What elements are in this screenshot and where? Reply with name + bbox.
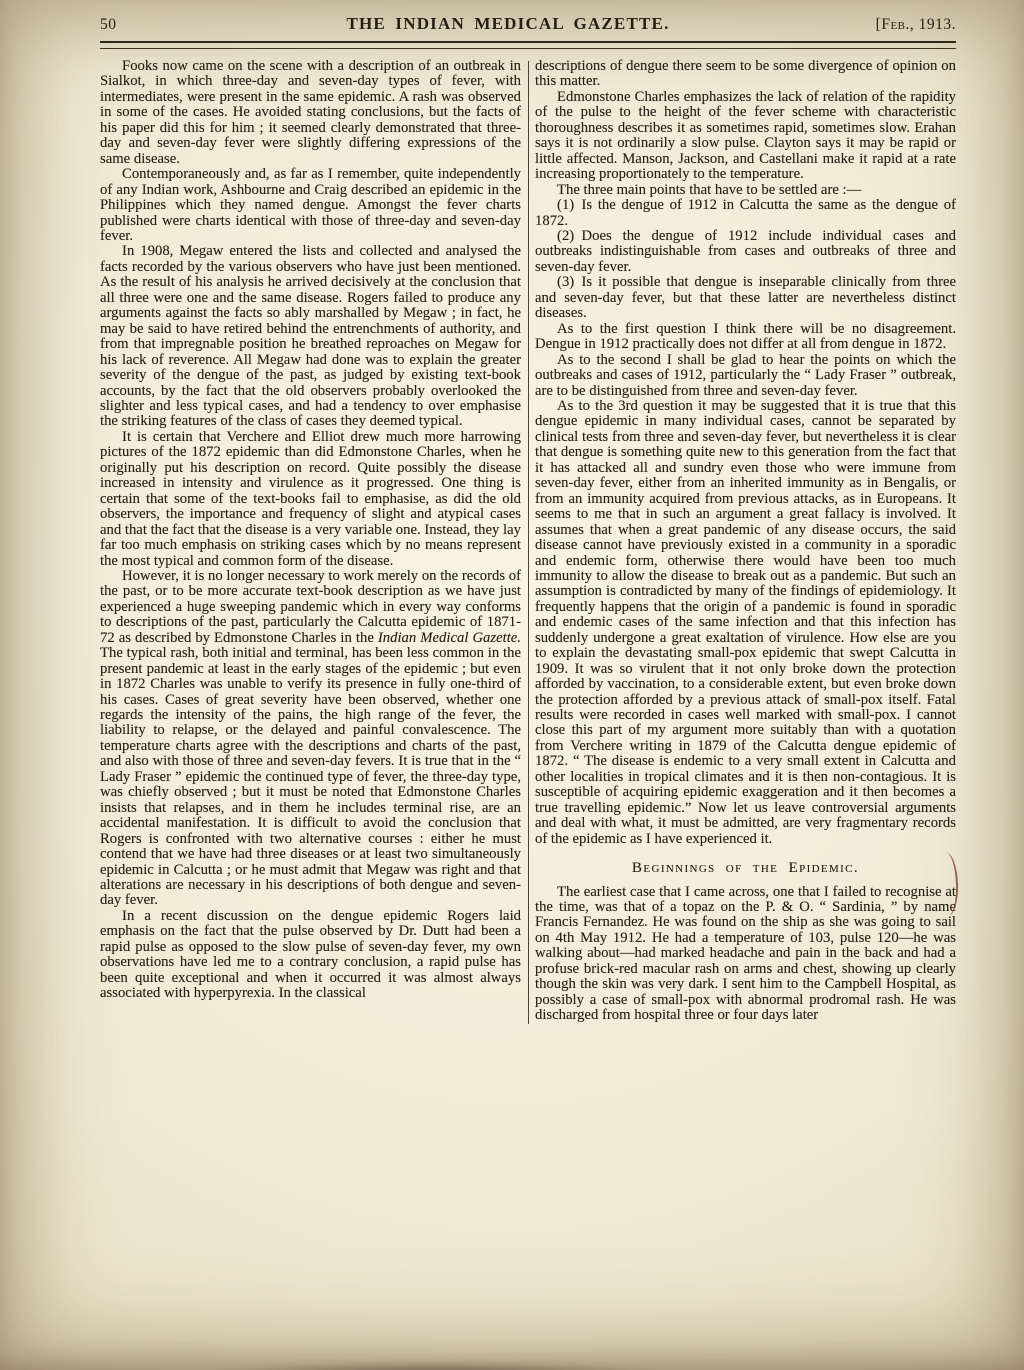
scanned-page: { "colors": { "paper": "#ece4cc", "ink":…: [0, 0, 1024, 1370]
paragraph: (1) Is the dengue of 1912 in Calcutta th…: [535, 198, 956, 229]
issue-date: [Feb., 1913.: [826, 16, 956, 34]
page-number: 50: [100, 16, 190, 34]
right-column: descriptions of dengue there seem to be …: [535, 59, 956, 1024]
paragraph: Contemporaneously and, as far as I remem…: [100, 167, 521, 244]
column-divider-rule: [528, 61, 529, 1024]
section-heading: Beginnings of the Epidemic.: [535, 860, 956, 875]
header-double-rule: [100, 41, 956, 49]
margin-pen-mark: [943, 852, 959, 916]
paragraph: As to the 3rd question it may be suggest…: [535, 399, 956, 847]
text-columns: Fooks now came on the scene with a descr…: [100, 59, 956, 1024]
paragraph: As to the first question I think there w…: [535, 322, 956, 353]
paragraph: As to the second I shall be glad to hear…: [535, 353, 956, 399]
paragraph: Fooks now came on the scene with a descr…: [100, 59, 521, 167]
journal-title: THE INDIAN MEDICAL GAZETTE.: [190, 14, 826, 34]
masthead: 50 THE INDIAN MEDICAL GAZETTE. [Feb., 19…: [100, 14, 956, 34]
paragraph: (3) Is it possible that dengue is insepa…: [535, 275, 956, 321]
page-body: 50 THE INDIAN MEDICAL GAZETTE. [Feb., 19…: [100, 14, 956, 1024]
paragraph: Edmonstone Charles emphasizes the lack o…: [535, 90, 956, 183]
paragraph: descriptions of dengue there seem to be …: [535, 59, 956, 90]
paragraph: The three main points that have to be se…: [535, 183, 956, 198]
paragraph: It is certain that Verchere and Elliot d…: [100, 430, 521, 569]
left-column: Fooks now came on the scene with a descr…: [100, 59, 521, 1024]
paragraph: (2) Does the dengue of 1912 include indi…: [535, 229, 956, 275]
paragraph: In 1908, Megaw entered the lists and col…: [100, 244, 521, 429]
bottom-edge-smudge: [110, 1354, 770, 1370]
italic-journal-reference: Indian Medical Gazette.: [378, 630, 521, 646]
text-run: The typical rash, both initial and termi…: [100, 645, 521, 908]
paragraph: However, it is no longer necessary to wo…: [100, 569, 521, 909]
paragraph: In a recent discussion on the dengue epi…: [100, 909, 521, 1002]
paragraph: The earliest case that I came across, on…: [535, 885, 956, 1024]
